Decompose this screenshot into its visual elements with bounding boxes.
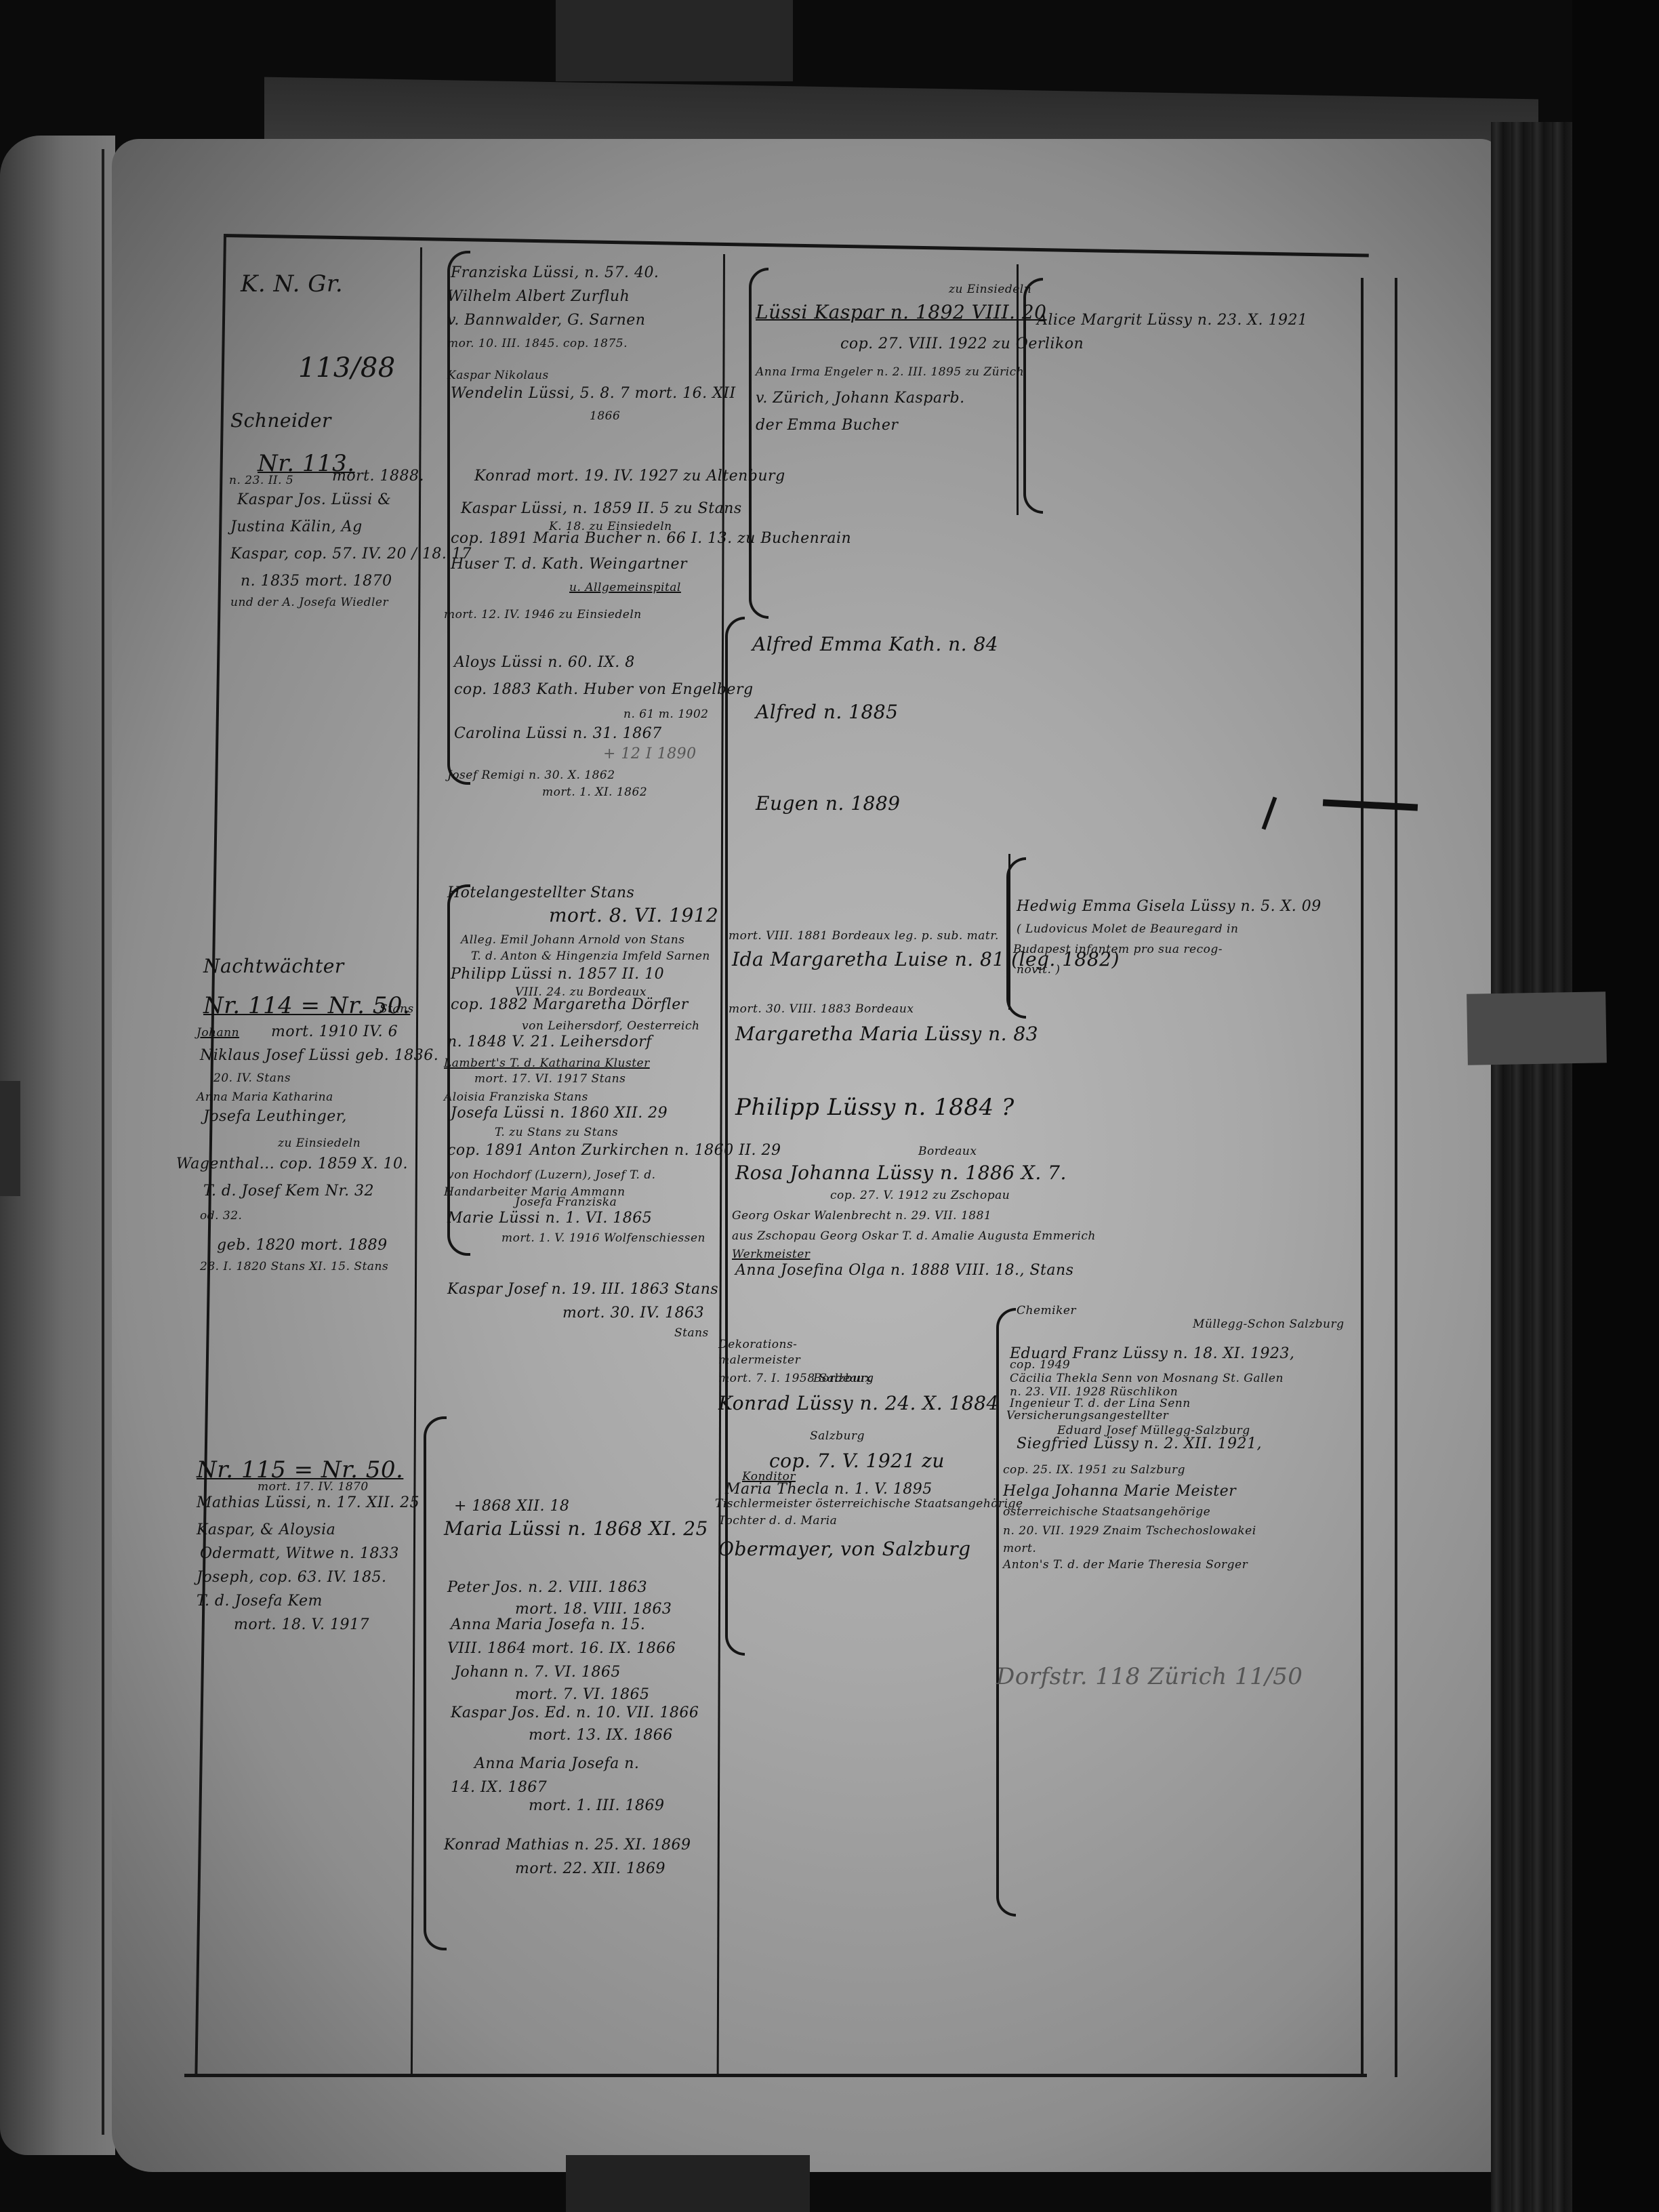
entry-line: 20. IV. Stans [213,1072,291,1086]
entry-line: Josefa Lüssi n. 1860 XII. 29 [451,1105,668,1122]
left-page-rule [102,149,104,2135]
entry-line: Anna Irma Engeler n. 2. III. 1895 zu Zür… [756,366,1024,380]
entry-line: cop. 1882 Margaretha Dörfler [451,996,689,1013]
entry-line: Peter Jos. n. 2. VIII. 1863 [447,1579,647,1596]
bottom-tab-strip [566,2155,810,2212]
entry-line: v. Bannwalder, G. Sarnen [447,312,645,329]
entry-line: mort. 7. VI. 1865 [515,1686,650,1703]
entry-line: Kaspar Lüssi, n. 1859 II. 5 zu Stans [461,500,742,517]
entry-line: od. 32. [200,1210,242,1223]
entry-line: Tochter d. d. Maria [718,1515,837,1528]
entry-line: Hedwig Emma Gisela Lüssy n. 5. X. 09 [1017,898,1322,915]
entry-line: Justina Kälin, Ag [230,518,363,535]
death-note: mort. 17. IV. 1870 [258,1481,369,1494]
entry-line: Cäcilia Thekla Senn von Mosnang St. Gall… [1010,1372,1284,1386]
entry-line: n. 61 m. 1902 [623,708,708,722]
entry-line: mort. 1. XI. 1862 [542,786,647,800]
entry-line: Konrad Lüssy n. 24. X. 1884 [718,1393,999,1414]
entry-line: 14. IX. 1867 [451,1779,547,1796]
entry-line: mort. 13. IX. 1866 [529,1727,673,1744]
entry-line: 28. I. 1820 Stans XI. 15. Stans [200,1261,388,1274]
entry-line: Margaretha Maria Lüssy n. 83 [735,1023,1038,1045]
entry-line: zu Einsiedeln [949,283,1031,297]
entry-line: mort. 18. VIII. 1863 [515,1601,672,1618]
entry-line: Müllegg-Schon Salzburg [1193,1318,1345,1332]
entry-line: cop. 1949 [1010,1359,1070,1372]
entry-line: VIII. 1864 mort. 16. IX. 1866 [447,1640,676,1657]
entry-line: Werkmeister [732,1248,810,1262]
entry-line: u. Allgemeinspital [569,581,681,595]
entry-line: Josef Remigi n. 30. X. 1862 [447,769,615,783]
entry-line: Lüssi Kaspar n. 1892 VIII. 20 [756,302,1046,323]
entry-line: Chemiker [1017,1305,1076,1318]
entry-line: Kaspar Nikolaus [447,369,549,383]
entry-line: Lambert's T. d. Katharina Kluster [444,1057,650,1071]
entry-line: Alleg. Emil Johann Arnold von Stans [461,934,684,947]
entry-line: Salzburg [810,1430,865,1443]
entry-line: cop. 1883 Kath. Huber von Engelberg [454,681,754,698]
entry-line: Kaspar Josef n. 19. III. 1863 Stans [447,1281,718,1298]
entry-line: cop. 7. V. 1921 zu [769,1450,945,1472]
occupation-label: Schneider [230,410,331,432]
entry-line: T. zu Stans zu Stans [495,1126,618,1140]
entry-line: Wendelin Lüssi, 5. 8. 7 mort. 16. XII [451,385,736,402]
entry-line: Mathias Lüssi, n. 17. XII. 25 [197,1494,419,1511]
left-tab [0,1081,20,1196]
entry-line: Helga Johanna Marie Meister [1003,1483,1236,1500]
book-shadow [1572,0,1659,2212]
entry-line: von Hochdorf (Luzern), Josef T. d. [447,1169,656,1183]
entry-line: Alfred n. 1885 [756,701,898,723]
bookmark-tab [1467,991,1607,1065]
entry-line: Anna Maria Josefa n. [474,1755,639,1772]
death-note: mort. 1888. [332,468,424,485]
entry-line: Odermatt, Witwe n. 1833 [200,1545,399,1562]
entry-line: Niklaus Josef Lüssi geb. 1836. [200,1047,438,1064]
place-label: Stans [380,1003,414,1017]
entry-line: der Emma Bucher [756,417,898,434]
entry-line: Philipp Lüssy n. 1884 ? [735,1094,1015,1121]
entry-line: Anton's T. d. der Marie Theresia Sorger [1003,1559,1248,1572]
entry-line: Philipp Lüssi n. 1857 II. 10 [451,966,664,983]
entry-line: mort. 22. XII. 1869 [515,1860,665,1877]
entry-line: Budapest infantem pro sua recog- [1013,943,1223,957]
entry-line: mort. 12. IV. 1946 zu Einsiedeln [444,609,642,622]
entry-line: Johann n. 7. VI. 1865 [454,1664,621,1681]
entry-line: Aloys Lüssi n. 60. IX. 8 [454,654,635,671]
entry-line: mort. [1003,1542,1036,1556]
entry-line: Maria Thecla n. 1. V. 1895 [725,1481,933,1498]
entry-line: Joseph, cop. 63. IV. 185. [197,1569,386,1586]
entry-line: Huser T. d. Kath. Weingartner [451,556,687,573]
corner-note: K. N. Gr. [241,271,343,298]
entry-line: cop. 1891 Anton Zurkirchen n. 1860 II. 2… [447,1142,781,1159]
entry-line: Anna Maria Katharina [197,1091,333,1105]
entry-line: mor. 10. III. 1845. cop. 1875. [447,337,628,351]
entry-line: zu Einsiedeln [278,1137,361,1151]
entry-line: mort. 30. VIII. 1883 Bordeaux [729,1003,914,1017]
top-tab-strip [556,0,793,81]
entry-line: Maria Lüssi n. 1868 XI. 25 [444,1518,708,1540]
entry-line: Wilhelm Albert Zurfluh [447,288,630,305]
entry-line: Marie Lüssi n. 1. VI. 1865 [447,1210,652,1227]
entry-line: österreichische Staatsangehörige [1003,1506,1210,1519]
entry-line: mort. 8. VI. 1912 [549,905,718,926]
entry-line: Bordeaux [813,1372,872,1386]
entry-line: T. d. Josef Kem Nr. 32 [203,1183,374,1200]
bracket-col2-group1 [447,251,470,785]
entry-line: v. Zürich, Johann Kasparb. [756,390,965,407]
entry-line: Anna Josefina Olga n. 1888 VIII. 18., St… [735,1262,1073,1279]
entry-line: 1866 [590,410,620,424]
entry-line: Alice Margrit Lüssy n. 23. X. 1921 [1037,312,1307,329]
entry-line: Anna Maria Josefa n. 15. [451,1616,645,1633]
entry-line: cop. 1891 Maria Bucher n. 66 I. 13. zu B… [451,530,851,547]
entry-line: T. d. Anton & Hingenzia Imfeld Sarnen [471,950,710,964]
entry-line: von Leihersdorf, Oesterreich [522,1020,699,1033]
bracket-col4-b [1006,857,1026,1019]
entry-line: cop. 27. VIII. 1922 zu Oerlikon [840,335,1084,352]
entry-line: Georg Oskar Walenbrecht n. 29. VII. 1881 [732,1210,991,1223]
entry-line: aus Zschopau Georg Oskar T. d. Amalie Au… [732,1230,1096,1244]
entry-line: Rosa Johanna Lüssy n. 1886 X. 7. [735,1162,1067,1184]
entry-line: n. 20. VII. 1929 Znaim Tschechoslowakei [1003,1525,1256,1538]
entry-line: n. 1835 mort. 1870 [241,573,392,590]
entry-line: und der A. Josefa Wiedler [230,596,388,610]
entry-line: Carolina Lüssi n. 31. 1867 [454,725,662,742]
entry-line: Stans [674,1327,709,1340]
entry-line: mort. 30. IV. 1863 [562,1305,704,1322]
entry-line: geb. 1820 mort. 1889 [217,1237,388,1254]
entry-line: Alfred Emma Kath. n. 84 [752,634,998,655]
entry-line: mort. 1. V. 1916 Wolfenschiessen [501,1232,705,1246]
entry-line: + 1868 XII. 18 [454,1498,569,1515]
entry-line: Aloisia Franziska Stans [444,1091,588,1105]
entry-line: ( Ludovicus Molet de Beauregard in [1017,923,1238,937]
entry-line: cop. 27. V. 1912 zu Zschopau [830,1189,1010,1203]
entry-line: n. 1848 V. 21. Leihersdorf [447,1033,652,1050]
entry-line: Kaspar Jos. Ed. n. 10. VII. 1866 [451,1704,699,1721]
entry-line: + 12 I 1890 [603,745,697,762]
death-note: mort. 1910 IV. 6 [271,1023,398,1040]
entry-line: Johann [197,1027,239,1040]
entry-line: Siegfried Lüssy n. 2. XII. 1921, [1017,1435,1262,1452]
entry-line: Bordeaux [918,1145,977,1159]
entry-line: Kaspar, & Aloysia [197,1521,335,1538]
entry-line: Obermayer, von Salzburg [718,1538,971,1560]
entry-line: Josefa Franziska [515,1196,617,1210]
entry-line: mort. VIII. 1881 Bordeaux leg. p. sub. m… [729,930,999,943]
entry-line: Wagenthal... cop. 1859 X. 10. [176,1155,408,1172]
entry-line: novit. ) [1017,964,1061,977]
entry-line: malermeister [718,1354,800,1368]
entry-line: Konrad Mathias n. 25. XI. 1869 [444,1837,691,1853]
entry-line: T. d. Josefa Kem [197,1593,323,1610]
entry-line: Dekorations- [718,1338,797,1352]
bracket-col2-group3 [424,1416,447,1950]
entry-line: mort. 1. III. 1869 [529,1797,664,1814]
entry-line: mort. 17. VI. 1917 Stans [474,1073,626,1086]
entry-line: Konrad mort. 19. IV. 1927 zu Altenburg [474,468,785,485]
entry-line: Hotelangestellter Stans [447,884,634,901]
folio-number: 113/88 [298,352,396,384]
entry-line: Versicherungsangestellter [1006,1410,1168,1423]
entry-line: mort. 18. V. 1917 [234,1616,369,1633]
entry-line: Josefa Leuthinger, [203,1108,347,1125]
entry-line: Kaspar, cop. 57. IV. 20 / 18. 17 [230,546,472,562]
entry-line: Kaspar Jos. Lüssi & [237,491,391,508]
pencil-address-note: Dorfstr. 118 Zürich 11/50 [996,1664,1303,1690]
birth-note: n. 23. II. 5 [229,474,293,488]
entry-line: cop. 25. IX. 1951 zu Salzburg [1003,1464,1185,1477]
entry-line: Eugen n. 1889 [756,793,901,815]
entry-line: Tischlermeister österreichische Staatsan… [715,1498,1023,1511]
occupation-label: Nachtwächter [203,956,344,977]
entry-line: Franziska Lüssi, n. 57. 40. [451,264,659,281]
